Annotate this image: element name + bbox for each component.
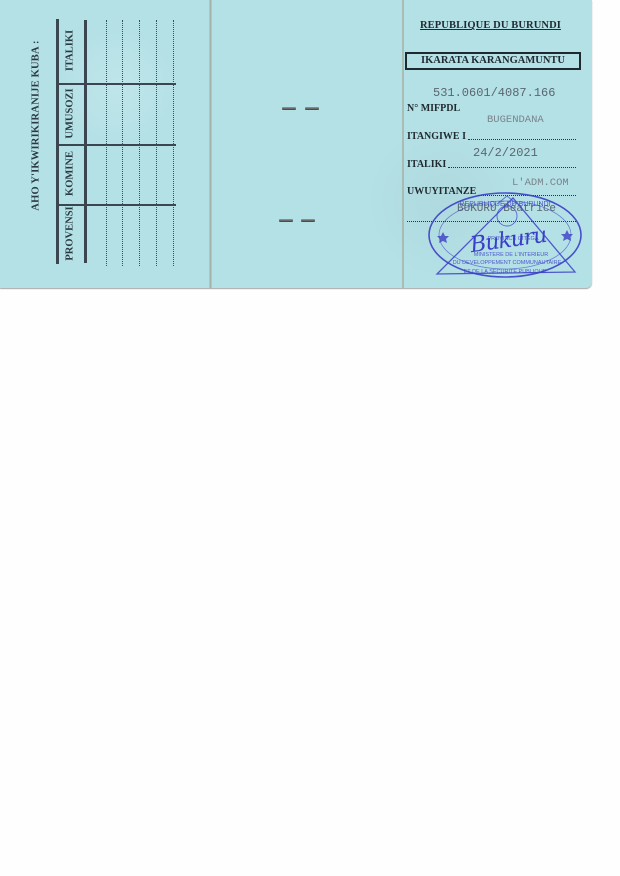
entry-line <box>122 20 123 266</box>
residence-table-title: AHO Y'IKWIRIKIRANIJE KUBA : <box>31 26 42 226</box>
staple-icon <box>282 107 296 110</box>
table-row-separator <box>58 83 176 85</box>
staple-icon <box>301 219 315 222</box>
table-rule-left <box>56 19 59 264</box>
svg-text:REPUBLIQUE DU BURUNDI: REPUBLIQUE DU BURUNDI <box>459 201 550 208</box>
table-row-separator <box>58 144 176 146</box>
issued-at-line <box>468 139 576 140</box>
table-row-separator <box>58 204 176 206</box>
entry-line <box>106 20 107 266</box>
column-header-umusozi: UMUSOZI <box>65 80 76 148</box>
issued-place-value: BUGENDANA <box>487 114 544 126</box>
svg-text:ET DE LA SECURITE PUBLIQUE: ET DE LA SECURITE PUBLIQUE <box>464 269 547 275</box>
card-number-value: 531.0601/4087.166 <box>433 86 555 100</box>
entry-line <box>139 20 140 266</box>
issue-date-label: ITALIKI <box>407 159 446 170</box>
issued-at-label: ITANGIWE I <box>407 131 466 142</box>
card-fold-right <box>402 0 404 288</box>
issue-date-value: 24/2/2021 <box>473 146 538 160</box>
scanned-page: AHO Y'IKWIRIKIRANIJE KUBA : ITALIKI UMUS… <box>0 0 620 876</box>
entry-line <box>173 20 174 266</box>
identity-card: AHO Y'IKWIRIKIRANIJE KUBA : ITALIKI UMUS… <box>0 0 592 288</box>
card-fold-left <box>209 0 212 288</box>
entry-line <box>156 20 157 266</box>
card-title: IKARATA KARANGAMUNTU <box>405 52 581 70</box>
issue-date-line <box>448 167 576 168</box>
issuer-title-value: L'ADM.COM <box>512 177 569 189</box>
column-header-provensi: PROVENSI <box>65 194 76 274</box>
card-number-label: N° MIFPDL <box>407 103 460 114</box>
svg-text:DU DEVELOPPEMENT COMMUNAUTAIRE: DU DEVELOPPEMENT COMMUNAUTAIRE <box>453 260 562 266</box>
staple-icon <box>305 107 319 110</box>
table-rule-header <box>84 20 87 263</box>
column-header-italiki: ITALIKI <box>65 21 76 81</box>
staple-icon <box>279 219 293 222</box>
country-header: REPUBLIQUE DU BURUNDI <box>420 20 561 31</box>
